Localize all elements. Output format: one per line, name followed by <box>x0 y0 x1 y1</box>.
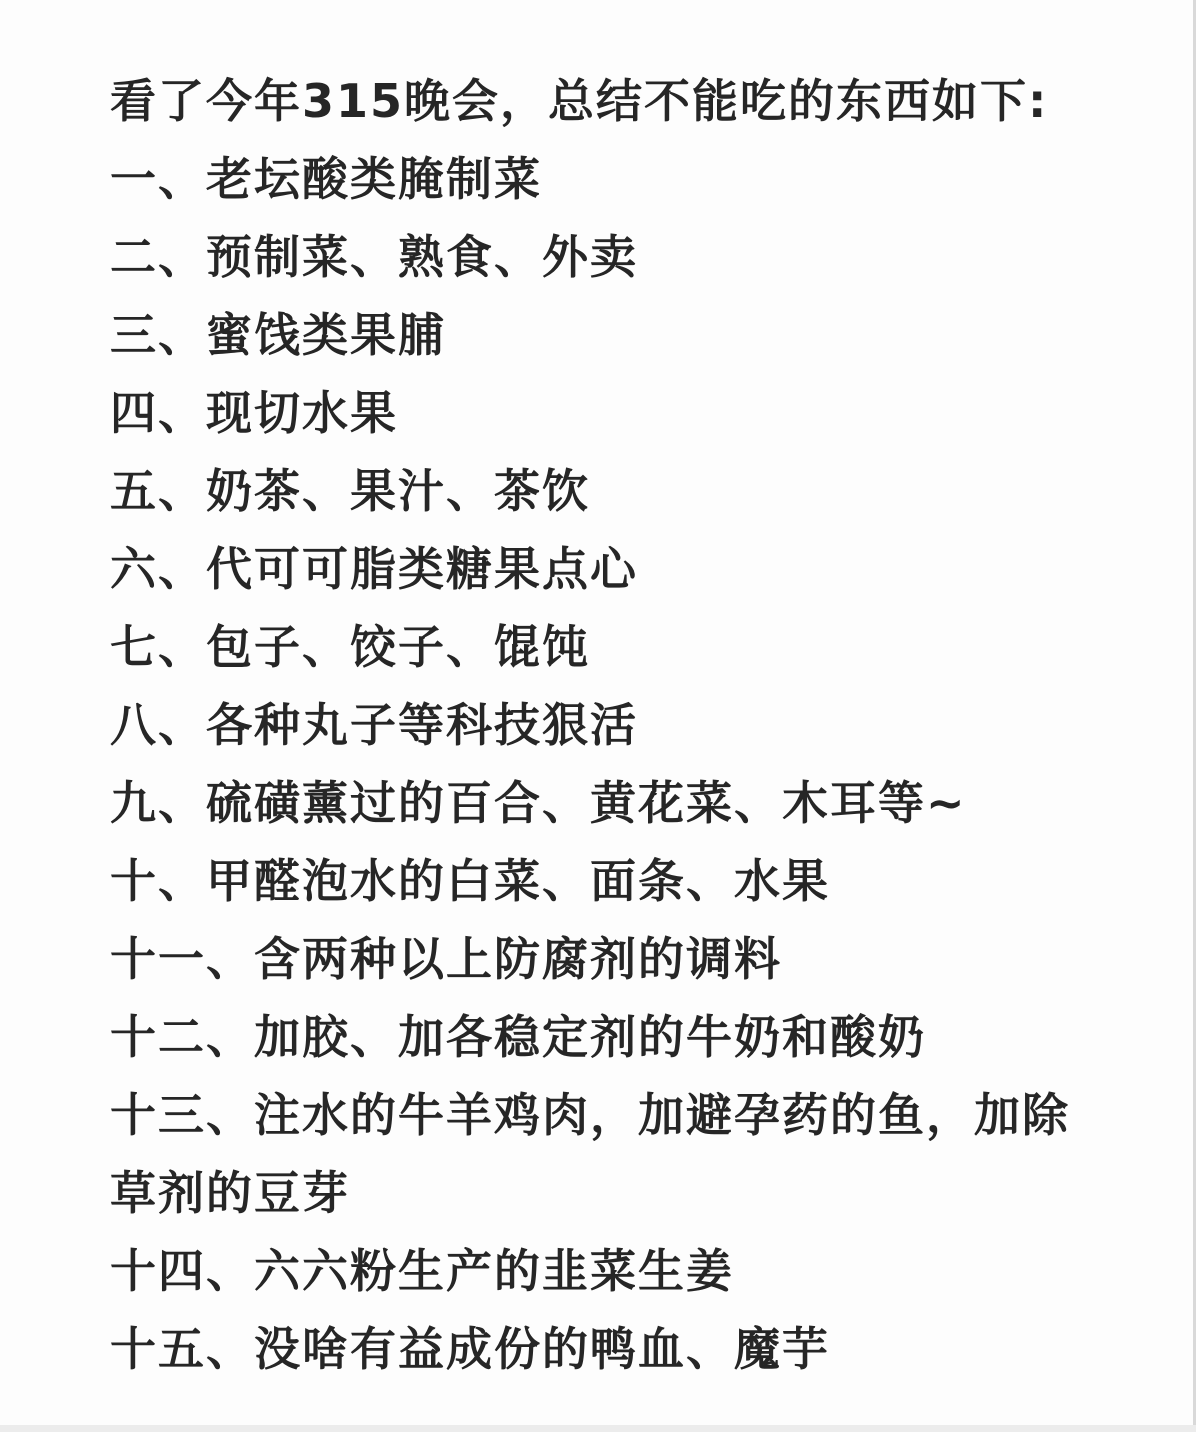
list-item: 二、预制菜、熟食、外卖 <box>110 218 1090 296</box>
list-item: 四、现切水果 <box>110 374 1090 452</box>
list-item: 九、硫磺薰过的百合、黄花菜、木耳等~ <box>110 764 1090 842</box>
list-item: 十五、没啥有益成份的鸭血、魔芋 <box>110 1310 1090 1388</box>
list-item: 十三、注水的牛羊鸡肉，加避孕药的鱼，加除草剂的豆芽 <box>110 1076 1090 1232</box>
list-item: 八、各种丸子等科技狠活 <box>110 686 1090 764</box>
list-item: 十一、含两种以上防腐剂的调料 <box>110 920 1090 998</box>
text-note-page: 看了今年315晚会，总结不能吃的东西如下: 一、老坛酸类腌制菜 二、预制菜、熟食… <box>0 0 1196 1432</box>
list-item: 十、甲醛泡水的白菜、面条、水果 <box>110 842 1090 920</box>
list-item: 十二、加胶、加各稳定剂的牛奶和酸奶 <box>110 998 1090 1076</box>
list-item: 一、老坛酸类腌制菜 <box>110 140 1090 218</box>
list-item: 七、包子、饺子、馄饨 <box>110 608 1090 686</box>
list-item: 三、蜜饯类果脯 <box>110 296 1090 374</box>
list-item: 十四、六六粉生产的韭菜生姜 <box>110 1232 1090 1310</box>
image-bottom-edge-shade <box>0 1425 1196 1432</box>
list-item: 六、代可可脂类糖果点心 <box>110 530 1090 608</box>
list-item: 五、奶茶、果汁、茶饮 <box>110 452 1090 530</box>
page-title: 看了今年315晚会，总结不能吃的东西如下: <box>110 62 1090 140</box>
